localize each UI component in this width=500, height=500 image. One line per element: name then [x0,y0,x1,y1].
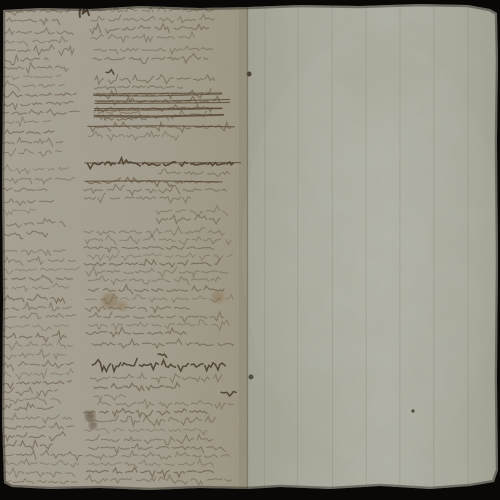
scanner-backdrop [0,0,500,500]
manuscript-sheet [0,0,500,500]
paper-grain [0,0,500,500]
manuscript-scan [0,0,500,500]
